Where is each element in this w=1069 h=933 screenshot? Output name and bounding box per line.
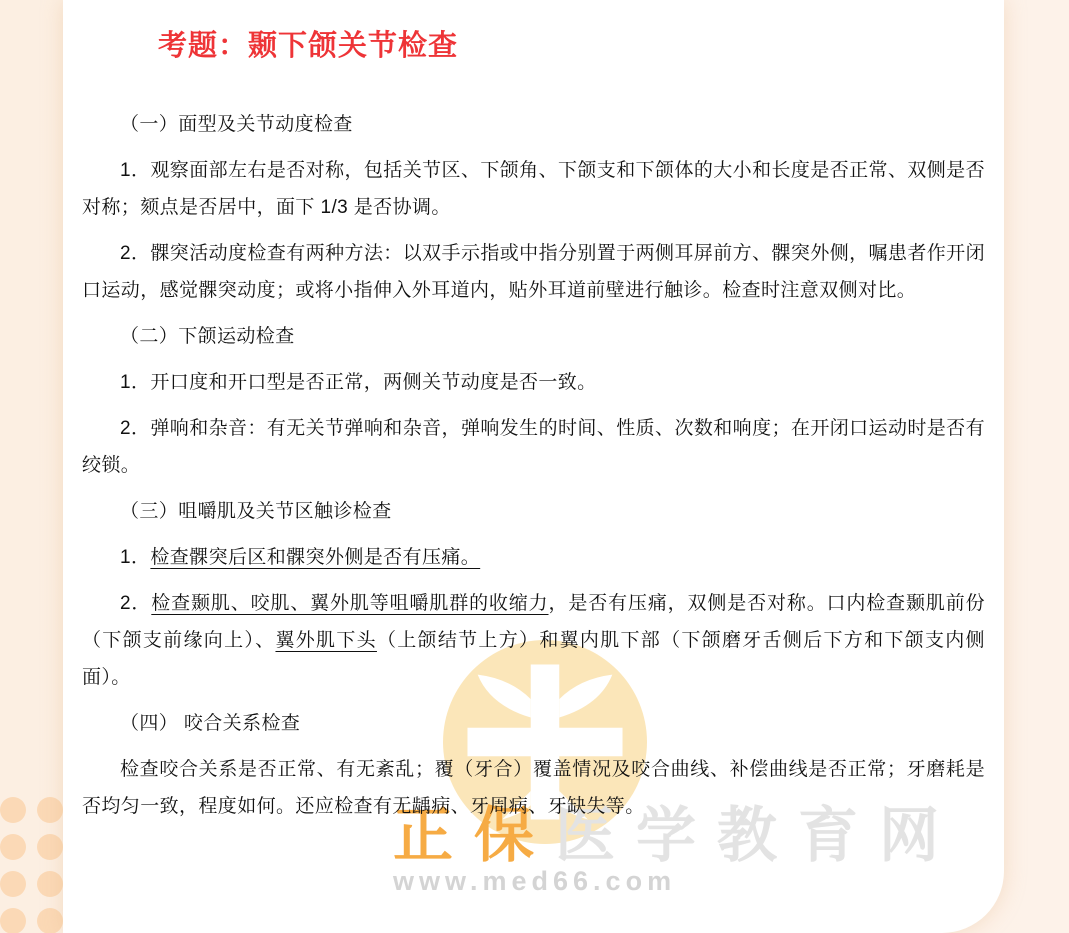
text-segment: 1． xyxy=(120,547,150,568)
text-segment: 检查咬合关系是否正常、有无紊乱；覆（牙合）覆盖情况及咬合曲线、补偿曲线是否正常；… xyxy=(82,759,985,817)
paragraph: 2．弹响和杂音：有无关节弹响和杂音，弹响发生的时间、性质、次数和响度；在开闭口运… xyxy=(82,410,985,484)
url-watermark: www.med66.com xyxy=(393,866,676,897)
document-body: （一）面型及关节动度检查1．观察面部左右是否对称，包括关节区、下颌角、下颌支和下… xyxy=(82,106,985,825)
decorative-dot xyxy=(37,908,63,933)
text-segment: 2． xyxy=(120,593,151,614)
underlined-text-segment: 检查髁突后区和髁突外侧是否有压痛。 xyxy=(150,547,480,568)
decorative-dot xyxy=(37,871,63,897)
paragraph: 1．观察面部左右是否对称，包括关节区、下颌角、下颌支和下颌体的大小和长度是否正常… xyxy=(82,152,985,226)
text-segment: 1．观察面部左右是否对称，包括关节区、下颌角、下颌支和下颌体的大小和长度是否正常… xyxy=(82,160,985,218)
text-segment: 1．开口度和开口型是否正常，两侧关节动度是否一致。 xyxy=(120,372,597,393)
paragraph: 检查咬合关系是否正常、有无紊乱；覆（牙合）覆盖情况及咬合曲线、补偿曲线是否正常；… xyxy=(82,751,985,825)
page: { "page": { "background_color": "#fdf1e6… xyxy=(0,0,1069,933)
text-segment: （一）面型及关节动度检查 xyxy=(120,114,353,135)
paragraph: （一）面型及关节动度检查 xyxy=(82,106,985,143)
text-segment: （二）下颌运动检查 xyxy=(120,326,295,347)
paragraph: 2．髁突活动度检查有两种方法：以双手示指或中指分别置于两侧耳屏前方、髁突外侧，嘱… xyxy=(82,235,985,309)
paragraph: （三）咀嚼肌及关节区触诊检查 xyxy=(82,493,985,530)
underlined-text-segment: 翼外肌下头 xyxy=(275,630,376,651)
decorative-dot xyxy=(0,797,26,823)
paragraph: 2．检查颞肌、咬肌、翼外肌等咀嚼肌群的收缩力，是否有压痛，双侧是否对称。口内检查… xyxy=(82,585,985,696)
text-segment: （三）咀嚼肌及关节区触诊检查 xyxy=(120,501,392,522)
page-title: 考题：颞下颌关节检查 xyxy=(158,30,985,62)
decorative-dot xyxy=(0,834,26,860)
decorative-dot xyxy=(37,797,63,823)
decorative-dot xyxy=(0,871,26,897)
document-content: 考题：颞下颌关节检查 （一）面型及关节动度检查1．观察面部左右是否对称，包括关节… xyxy=(63,0,1004,825)
decorative-dot xyxy=(37,834,63,860)
text-segment: （四） 咬合关系检查 xyxy=(120,713,300,734)
decorative-dot xyxy=(0,908,26,933)
document-card: 正保医学教育网 www.med66.com 考题：颞下颌关节检查 （一）面型及关… xyxy=(63,0,1004,933)
paragraph: 1．开口度和开口型是否正常，两侧关节动度是否一致。 xyxy=(82,364,985,401)
text-segment: 2．弹响和杂音：有无关节弹响和杂音，弹响发生的时间、性质、次数和响度；在开闭口运… xyxy=(82,418,985,476)
paragraph: （四） 咬合关系检查 xyxy=(82,705,985,742)
paragraph: 1．检查髁突后区和髁突外侧是否有压痛。 xyxy=(82,539,985,576)
dot-grid xyxy=(0,795,64,933)
underlined-text-segment: 检查颞肌、咬肌、翼外肌等咀嚼肌群的收缩力 xyxy=(151,593,548,614)
paragraph: （二）下颌运动检查 xyxy=(82,318,985,355)
text-segment: 2．髁突活动度检查有两种方法：以双手示指或中指分别置于两侧耳屏前方、髁突外侧，嘱… xyxy=(82,243,985,301)
